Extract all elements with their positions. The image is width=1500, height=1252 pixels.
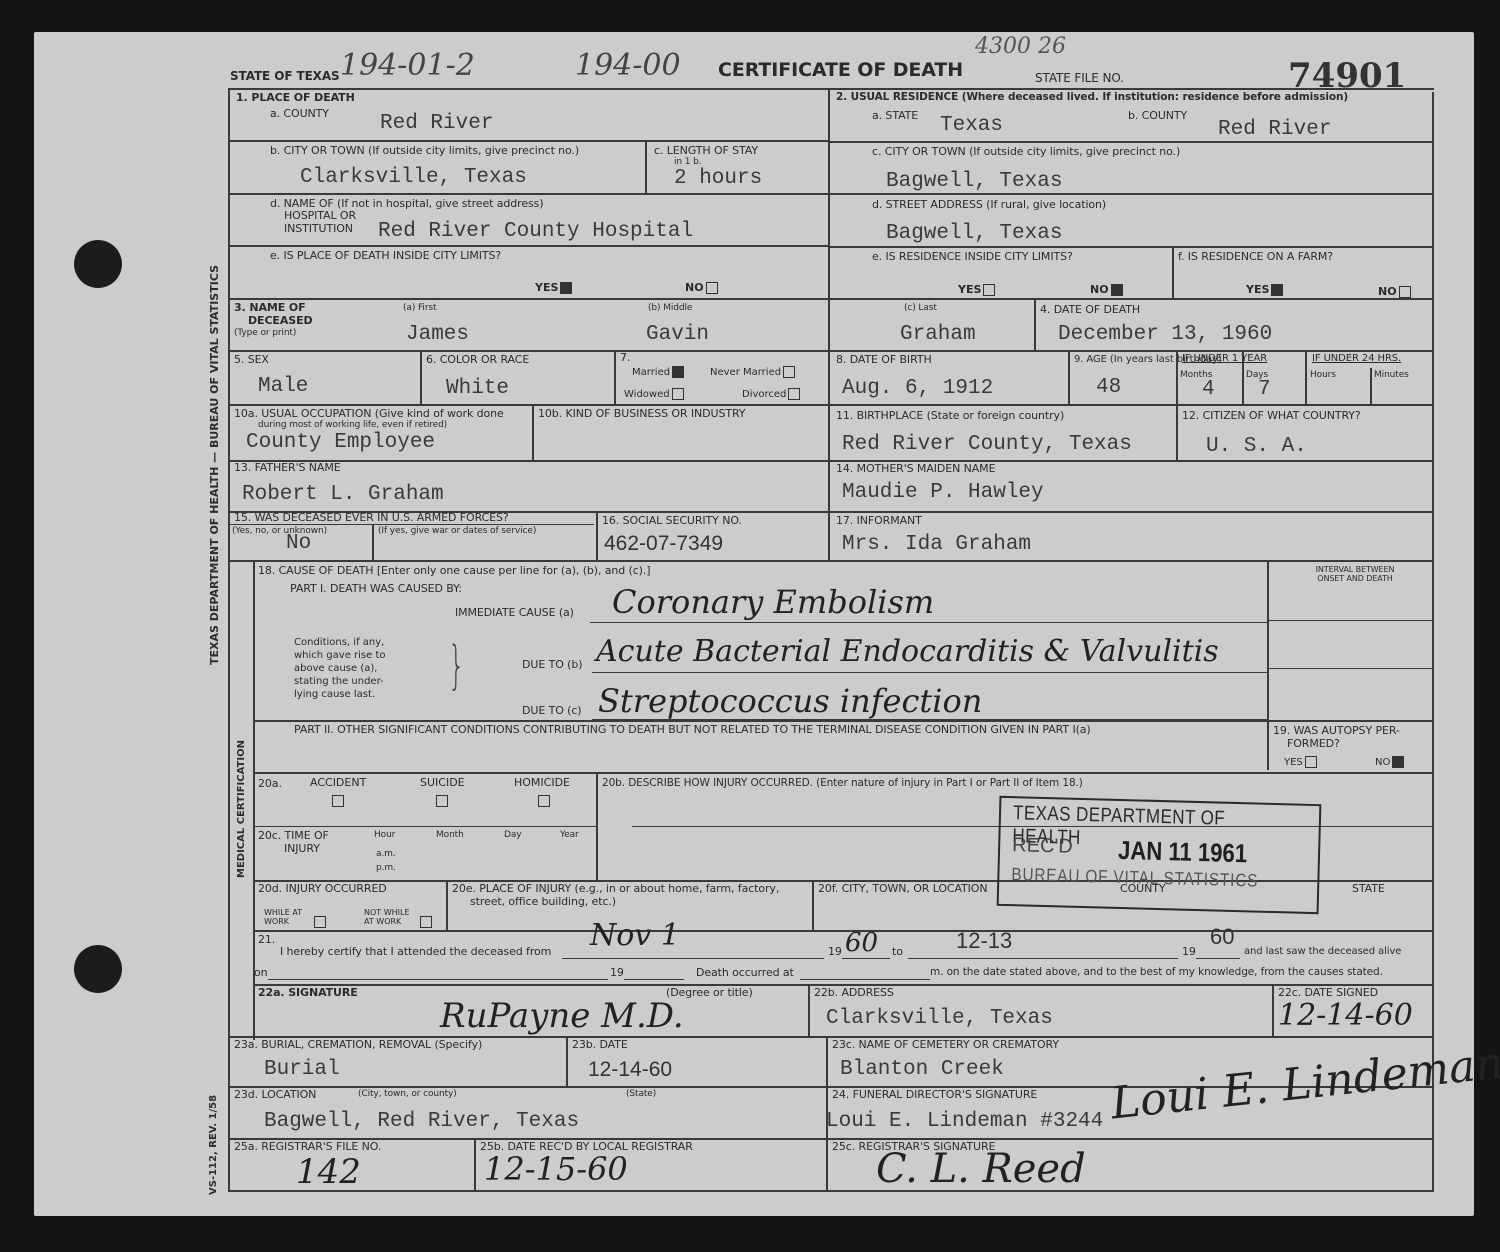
due-to-c-value: Streptococcus infection [598,682,982,720]
mother-label: 14. MOTHER'S MAIDEN NAME [836,463,995,475]
middle-name-label: (b) Middle [648,304,692,314]
res-farm-label: f. IS RESIDENCE ON A FARM? [1178,251,1333,263]
part-2-label: PART II. OTHER SIGNIFICANT CONDITIONS CO… [294,724,1091,736]
state-label: STATE OF TEXAS [230,70,340,83]
ssn-value: 462-07-7349 [604,532,723,556]
immediate-cause-value: Coronary Embolism [612,583,934,621]
armed-forces-label: 15. WAS DECEASED EVER IN U.S. ARMED FORC… [234,512,509,524]
autopsy-label-2: FORMED? [1287,738,1340,750]
res-inside-limits-label: e. IS RESIDENCE INSIDE CITY LIMITS? [872,251,1073,263]
birthplace-label: 11. BIRTHPLACE (State or foreign country… [836,410,1064,422]
suicide-option[interactable]: SUICIDE [420,776,465,807]
citizen-value: U. S. A. [1206,435,1307,458]
name-label-2: DECEASED [248,315,313,327]
registrar-file-value: 142 [296,1152,361,1192]
part-1-label: PART I. DEATH WAS CAUSED BY: [290,583,462,595]
checkbox-empty-icon [314,916,326,928]
funeral-director-label: 24. FUNERAL DIRECTOR'S SIGNATURE [832,1089,1037,1101]
sex-label: 5. SEX [234,354,269,366]
month-label: Month [436,831,464,841]
checkbox-checked-icon [1271,284,1283,296]
under-year-label: IF UNDER 1 YEAR [1182,353,1267,364]
res-street-label: d. STREET ADDRESS (If rural, give locati… [872,199,1106,211]
usual-residence-label: 2. USUAL RESIDENCE (Where deceased lived… [836,92,1348,104]
form-number: VS-112, REV. 1/58 [208,1095,219,1195]
while-at-work-option[interactable]: WHILE AT WORK [264,908,334,928]
attended-from-value: Nov 1 [590,918,680,953]
dob-label: 8. DATE OF BIRTH [836,354,932,366]
autopsy-label: 19. WAS AUTOPSY PER- [1273,725,1400,737]
due-to-b-label: DUE TO (b) [522,659,582,671]
due-to-c-label: DUE TO (c) [522,705,581,717]
res-state-label: a. STATE [872,110,918,122]
injury-describe-label: 20b. DESCRIBE HOW INJURY OCCURRED. (Ente… [602,778,1083,790]
res-city-value: Bagwell, Texas [886,170,1062,193]
pod-hospital-value: Red River County Hospital [378,220,693,243]
age-value: 48 [1096,376,1121,399]
checkbox-checked-icon [1392,756,1404,768]
place-of-injury-label-2: street, office building, etc.) [470,896,616,908]
checkbox-empty-icon [706,282,718,294]
res-street-value: Bagwell, Texas [886,222,1062,245]
pod-city-label: b. CITY OR TOWN (If outside city limits,… [270,145,579,157]
checkbox-empty-icon [1305,756,1317,768]
res-city-label: c. CITY OR TOWN (If outside city limits,… [872,146,1180,158]
department-side-text: TEXAS DEPARTMENT OF HEALTH — BUREAU OF V… [208,265,221,665]
injury-occurred-label: 20d. INJURY OCCURRED [258,883,387,895]
to-label: to [892,946,903,958]
attended-from-year: 60 [845,928,878,958]
burial-date-label: 23b. DATE [572,1039,628,1051]
checkbox-empty-icon [672,388,684,400]
state-file-label: STATE FILE NO. [1035,72,1124,85]
death-occurred-at-label: Death occurred at [696,967,794,979]
middle-name-value: Gavin [646,323,709,346]
place-of-injury-label: 20e. PLACE OF INJURY (e.g., in or about … [452,883,779,895]
marital-divorced[interactable]: Divorced [742,388,800,400]
checkbox-empty-icon [538,795,550,807]
day-label: Day [504,831,521,841]
autopsy-yes[interactable]: YES [1284,756,1317,768]
pm-label: p.m. [376,864,396,874]
funeral-director-value: Loui E. Lindeman #3244 [826,1110,1103,1133]
date-signed-value: 12-14-60 [1278,998,1413,1033]
armed-forces-sublabel-2: (If yes, give war or dates of service) [378,527,536,537]
pod-hospital-label-2: HOSPITAL OR [284,210,356,222]
pod-county-value: Red River [380,112,493,135]
place-of-death-label: 1. PLACE OF DEATH [236,92,355,104]
nineteen-label-3: 19 [610,967,624,979]
am-label: a.m. [376,850,396,860]
cemetery-value: Blanton Creek [840,1058,1004,1081]
checkbox-empty-icon [983,284,995,296]
checkbox-empty-icon [436,795,448,807]
occupation-label-2: during most of working life, even if ret… [258,421,447,431]
registrar-signature: C. L. Reed [876,1146,1086,1192]
cause-of-death-label: 18. CAUSE OF DEATH [Enter only one cause… [258,565,650,577]
last-name-value: Graham [900,323,976,346]
pod-stay-value: 2 hours [674,167,762,190]
ssn-label: 16. SOCIAL SECURITY NO. [602,515,742,527]
signature-label: 22a. SIGNATURE [258,987,358,999]
minutes-label: Minutes [1374,371,1409,381]
handwritten-code-2: 194-00 [575,48,681,83]
address-value: Clarksville, Texas [826,1007,1053,1030]
burial-method-value: Burial [264,1058,340,1081]
checkbox-checked-icon [560,282,572,294]
res-county-value: Red River [1218,118,1331,141]
autopsy-no[interactable]: NO [1375,756,1404,768]
physician-signature: RuPayne M.D. [440,996,684,1036]
top-handwritten-numbers: 4300 26 [975,34,1066,59]
race-value: White [446,377,509,400]
checkbox-empty-icon [783,366,795,378]
certification-number: 21. [258,934,275,946]
marital-widowed[interactable]: Widowed [624,388,684,400]
marital-never-married[interactable]: Never Married [710,366,795,378]
burial-date-value: 12-14-60 [588,1058,672,1082]
res-farm-yes[interactable]: YES [1246,283,1283,296]
first-name-label: (a) First [403,304,436,314]
occupation-label: 10a. USUAL OCCUPATION (Give kind of work… [234,408,504,420]
under-day-label: IF UNDER 24 HRS. [1312,353,1401,364]
days-value: 7 [1258,378,1271,401]
date-of-death-label: 4. DATE OF DEATH [1040,304,1140,316]
res-county-label: b. COUNTY [1128,110,1187,122]
pod-hospital-label-3: INSTITUTION [284,223,353,235]
stamp-date: JAN 11 1961 [1118,835,1248,869]
marital-married[interactable]: Married [632,366,684,378]
cemetery-label: 23c. NAME OF CEMETERY OR CREMATORY [832,1039,1059,1051]
burial-method-label: 23a. BURIAL, CREMATION, REMOVAL (Specify… [234,1039,482,1051]
res-inside-limits-yes[interactable]: YES [958,283,995,296]
armed-forces-value: No [286,532,311,555]
pod-inside-limits-yes[interactable]: YES [535,281,572,294]
marital-label: 7. [620,352,630,364]
burial-location-label: 23d. LOCATION [234,1089,316,1101]
received-stamp: TEXAS DEPARTMENT OF HEALTH REC'D JAN 11 … [997,796,1322,914]
certificate-title: CERTIFICATE OF DEATH [718,60,963,81]
informant-label: 17. INFORMANT [836,515,922,527]
name-label-3: (Type or print) [234,329,296,339]
handwritten-code-1: 194-01-2 [340,48,475,83]
res-inside-limits-no[interactable]: NO [1090,283,1123,296]
nineteen-label-2: 19 [1182,946,1196,958]
mother-value: Maudie P. Hawley [842,481,1044,504]
injury-type-label: 20a. [258,778,282,790]
attended-to-year: 60 [1210,924,1234,950]
pod-inside-limits-label: e. IS PLACE OF DEATH INSIDE CITY LIMITS? [270,250,501,262]
nineteen-label-1: 19 [828,946,842,958]
year-label: Year [560,831,579,841]
on-label: on [254,967,268,979]
not-while-at-work-option[interactable]: NOT WHILE AT WORK [364,908,444,928]
father-value: Robert L. Graham [242,483,444,506]
months-value: 4 [1202,378,1215,401]
burial-location-sublabel: (City, town, or county) [358,1090,457,1100]
interval-label: INTERVAL BETWEEN ONSET AND DEATH [1310,566,1400,584]
citizen-label: 12. CITIZEN OF WHAT COUNTRY? [1182,410,1361,422]
occupation-value: County Employee [246,431,435,454]
checkbox-checked-icon [672,366,684,378]
checkbox-checked-icon [1111,284,1123,296]
brace-icon: } [448,640,465,692]
injury-state-label: STATE [1352,883,1385,895]
hour-label: Hour [374,831,395,841]
last-name-label: (c) Last [904,304,937,314]
res-state-value: Texas [940,114,1003,137]
medical-certification-side-text: MEDICAL CERTIFICATION [236,740,247,878]
birthplace-value: Red River County, Texas [842,433,1132,456]
hours-label: Hours [1310,371,1336,381]
res-farm-no[interactable]: NO [1378,285,1411,298]
registrar-date-value: 12-15-60 [484,1150,628,1188]
time-of-injury-label: 20c. TIME OF [258,830,329,842]
industry-label: 10b. KIND OF BUSINESS OR INDUSTRY [538,408,745,420]
burial-state-sublabel: (State) [626,1090,656,1100]
first-name-value: James [406,323,469,346]
checkbox-empty-icon [420,916,432,928]
checkbox-empty-icon [1399,286,1411,298]
state-file-number: 74901 [1288,56,1406,96]
armed-forces-sublabel-1: (Yes, no, or unknown) [232,527,327,537]
burial-location-value: Bagwell, Red River, Texas [264,1110,579,1133]
time-of-injury-label-2: INJURY [284,843,320,855]
checkbox-empty-icon [788,388,800,400]
certification-text-2: and last saw the deceased alive [1244,946,1401,957]
date-of-death-value: December 13, 1960 [1058,323,1272,346]
sex-value: Male [258,375,308,398]
homicide-option[interactable]: HOMICIDE [514,776,570,807]
certification-text-3: m. on the date stated above, and to the … [930,967,1383,979]
pod-inside-limits-no[interactable]: NO [685,281,718,294]
accident-option[interactable]: ACCIDENT [310,776,366,807]
race-label: 6. COLOR OR RACE [426,354,529,366]
pod-stay-label: c. LENGTH OF STAY [654,145,758,157]
conditions-note: Conditions, if any, which gave rise to a… [294,636,386,701]
dob-value: Aug. 6, 1912 [842,377,993,400]
certification-text-1: I hereby certify that I attended the dec… [280,946,551,958]
father-label: 13. FATHER'S NAME [234,462,341,474]
punch-hole-bottom [74,945,122,993]
pod-city-value: Clarksville, Texas [300,166,527,189]
address-label: 22b. ADDRESS [814,987,894,999]
injury-city-label: 20f. CITY, TOWN, OR LOCATION [818,883,988,895]
due-to-b-value: Acute Bacterial Endocarditis & Valvuliti… [596,634,1219,669]
punch-hole-top [74,240,122,288]
pod-county-label: a. COUNTY [270,108,329,120]
name-label: 3. NAME OF [234,302,306,314]
immediate-cause-label: IMMEDIATE CAUSE (a) [455,607,574,619]
informant-value: Mrs. Ida Graham [842,533,1031,556]
attended-to-value: 12-13 [956,928,1012,954]
checkbox-empty-icon [332,795,344,807]
